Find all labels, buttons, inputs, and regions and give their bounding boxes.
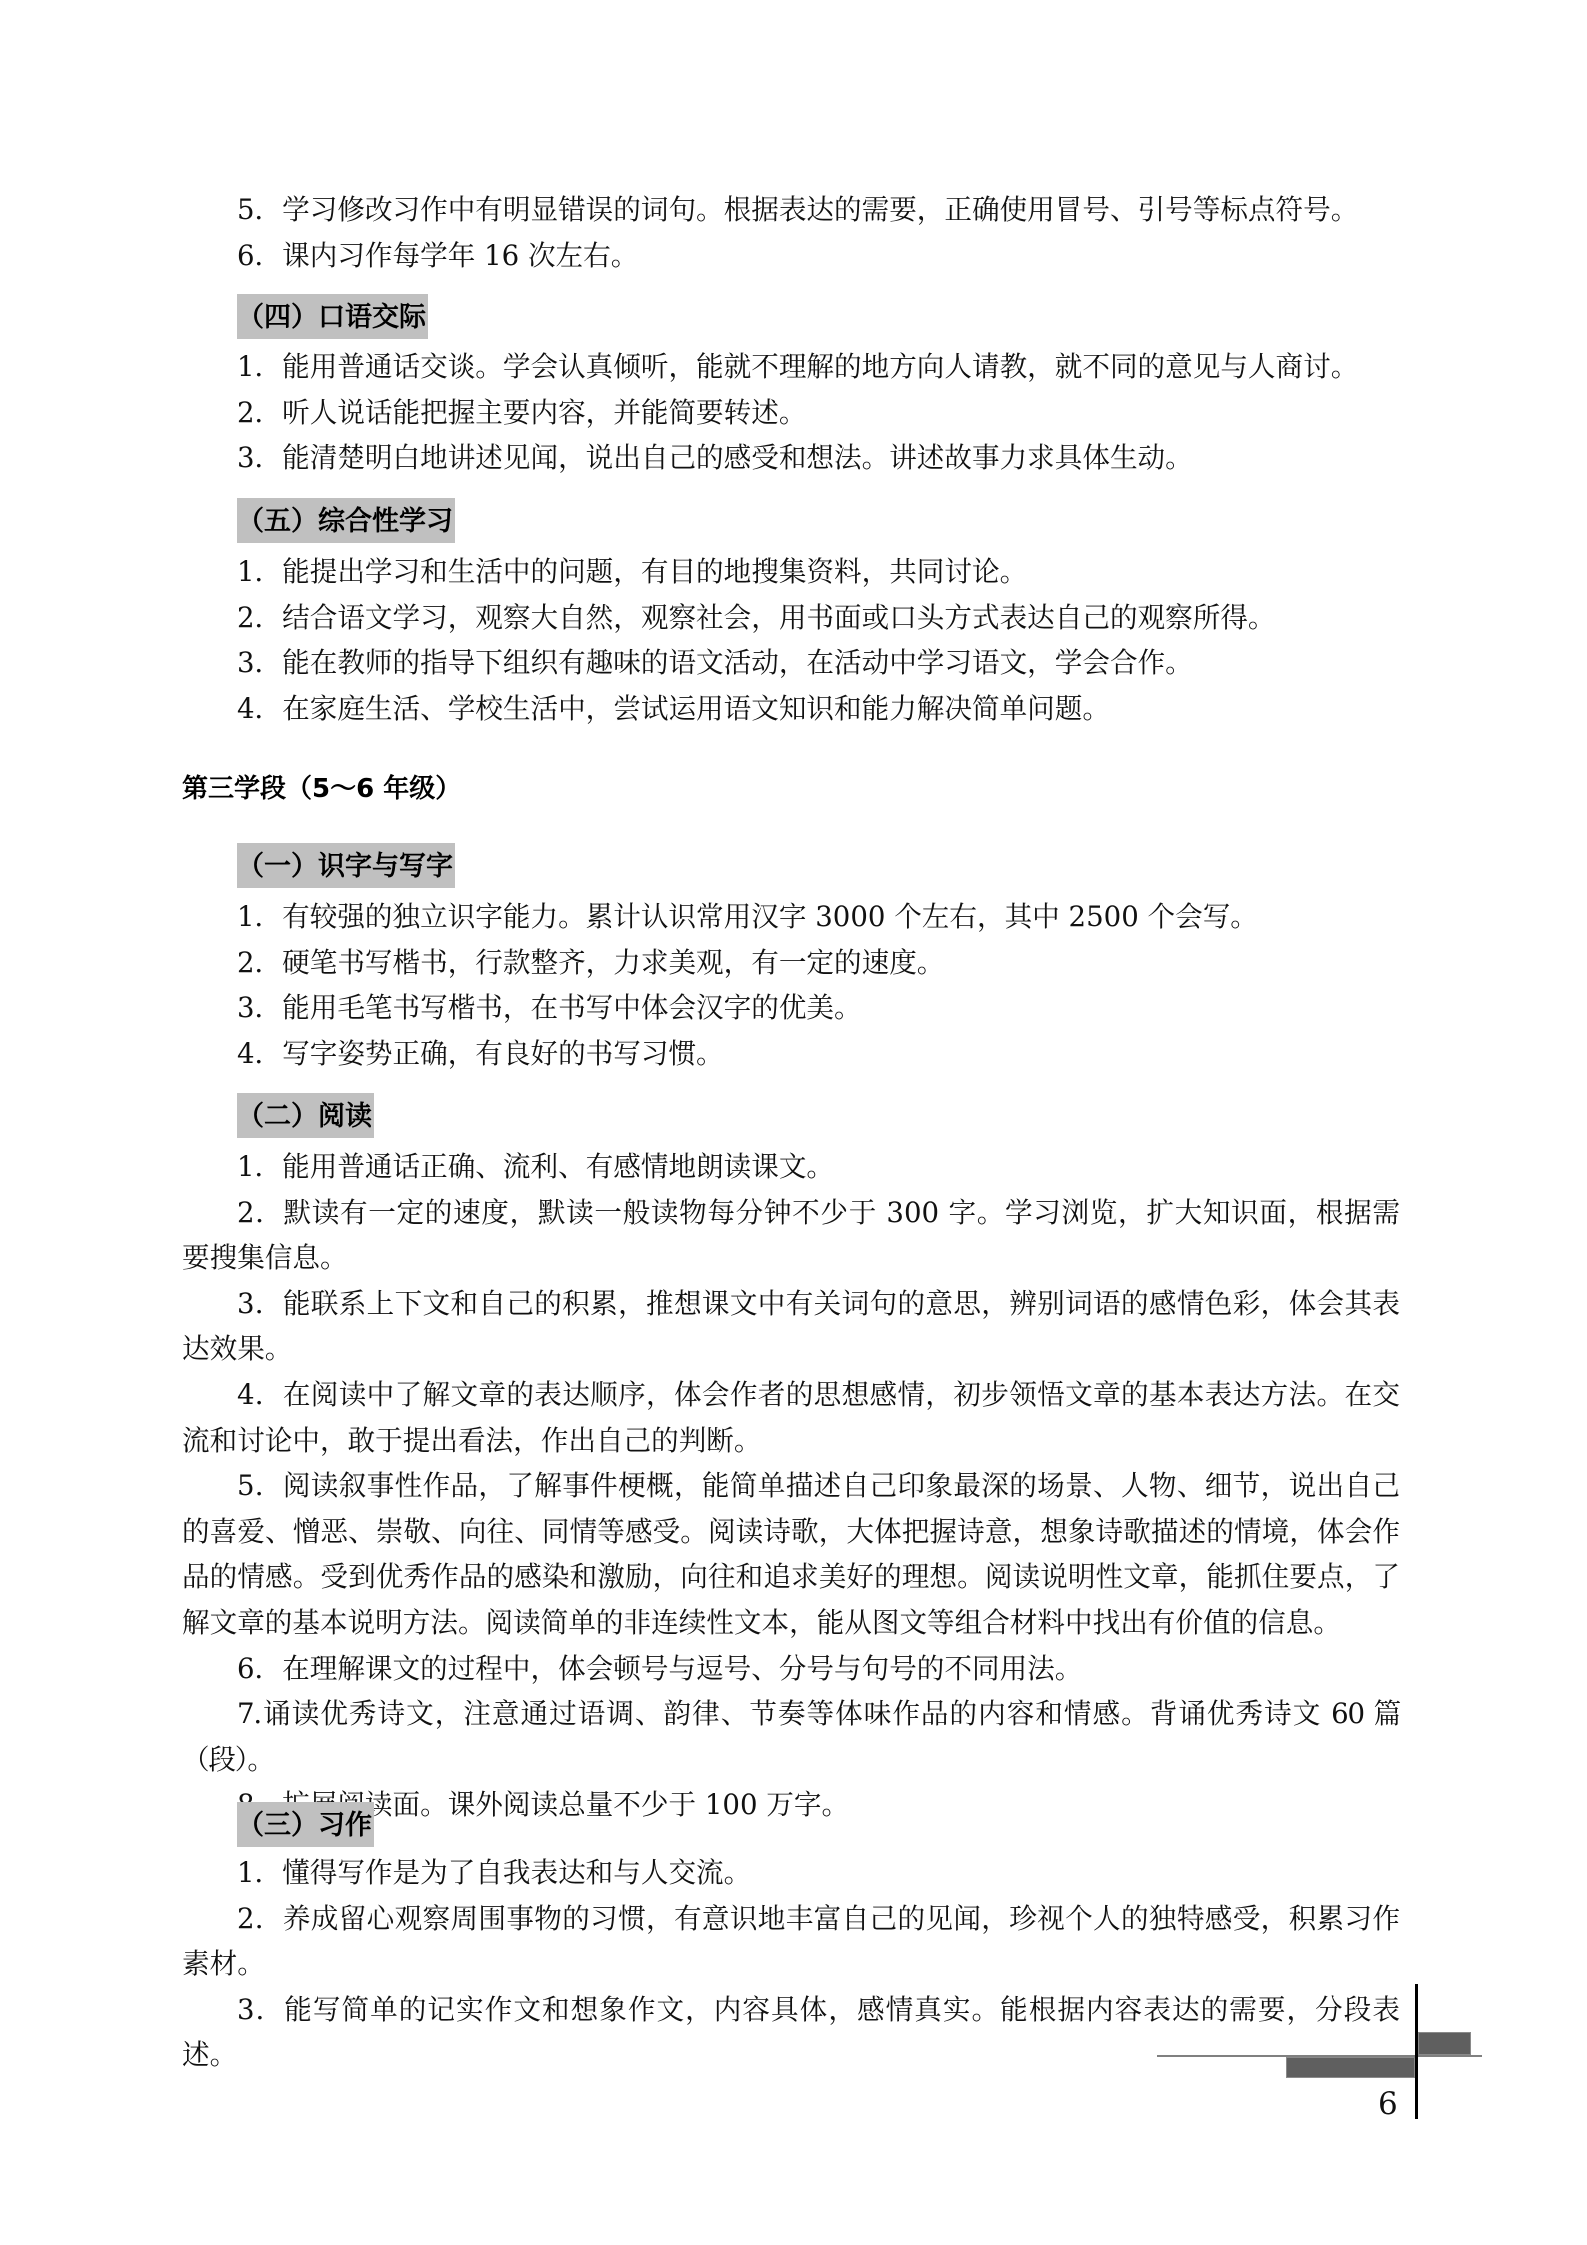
list-item: 3．能清楚明白地讲述见闻，说出自己的感受和想法。讲述故事力求具体生动。 <box>182 435 1400 481</box>
list-item: 2．硬笔书写楷书，行款整齐，力求美观，有一定的速度。 <box>182 940 1400 986</box>
section-heading-oral: （四）口语交际 <box>237 294 428 339</box>
list-item: 4．在家庭生活、学校生活中，尝试运用语文知识和能力解决简单问题。 <box>182 686 1400 732</box>
section-heading-reading: （二）阅读 <box>237 1093 374 1138</box>
list-item: 6．课内习作每学年 16 次左右。 <box>182 233 1400 279</box>
footer-bar-right <box>1418 2032 1471 2055</box>
list-item: 3．能用毛笔书写楷书，在书写中体会汉字的优美。 <box>182 985 1400 1031</box>
footer-vertical-rule <box>1415 1984 1418 2119</box>
oral-items: 1．能用普通话交谈。学会认真倾听，能就不理解的地方向人请教，就不同的意见与人商讨… <box>182 344 1400 481</box>
list-item: 4．写字姿势正确，有良好的书写习惯。 <box>182 1031 1400 1077</box>
section-heading-comprehensive: （五）综合性学习 <box>237 498 455 543</box>
list-item: 6．在理解课文的过程中，体会顿号与逗号、分号与句号的不同用法。 <box>182 1646 1400 1692</box>
list-item: 1．能提出学习和生活中的问题，有目的地搜集资料，共同讨论。 <box>182 549 1400 595</box>
comprehensive-items: 1．能提出学习和生活中的问题，有目的地搜集资料，共同讨论。 2．结合语文学习，观… <box>182 549 1400 731</box>
page-number: 6 <box>1378 2086 1398 2122</box>
list-item: 3．能写简单的记实作文和想象作文，内容具体，感情真实。能根据内容表达的需要，分段… <box>182 1987 1400 2078</box>
list-item: 3．能联系上下文和自己的积累，推想课文中有关词句的意思，辨别词语的感情色彩，体会… <box>182 1281 1400 1372</box>
list-item: 2．默读有一定的速度，默读一般读物每分钟不少于 300 字。学习浏览，扩大知识面… <box>182 1190 1400 1281</box>
section-heading-literacy: （一）识字与写字 <box>237 843 455 888</box>
list-item: 2．养成留心观察周围事物的习惯，有意识地丰富自己的见闻，珍视个人的独特感受，积累… <box>182 1896 1400 1987</box>
list-item: 5．学习修改习作中有明显错误的词句。根据表达的需要，正确使用冒号、引号等标点符号… <box>182 187 1400 233</box>
prev-writing-items: 5．学习修改习作中有明显错误的词句。根据表达的需要，正确使用冒号、引号等标点符号… <box>182 187 1400 278</box>
list-item: 7.诵读优秀诗文，注意通过语调、韵律、节奏等体味作品的内容和情感。背诵优秀诗文 … <box>182 1691 1400 1782</box>
list-item: 2．听人说话能把握主要内容，并能简要转述。 <box>182 390 1400 436</box>
list-item: 2．结合语文学习，观察大自然，观察社会，用书面或口头方式表达自己的观察所得。 <box>182 595 1400 641</box>
list-item: 1．有较强的独立识字能力。累计认识常用汉字 3000 个左右，其中 2500 个… <box>182 894 1400 940</box>
list-item: 3．能在教师的指导下组织有趣味的语文活动，在活动中学习语文，学会合作。 <box>182 640 1400 686</box>
reading-items: 1．能用普通话正确、流利、有感情地朗读课文。 2．默读有一定的速度，默读一般读物… <box>182 1144 1400 1828</box>
footer-bar-left <box>1286 2057 1415 2078</box>
list-item: 5．阅读叙事性作品，了解事件梗概，能简单描述自己印象最深的场景、人物、细节，说出… <box>182 1463 1400 1645</box>
list-item: 1．能用普通话交谈。学会认真倾听，能就不理解的地方向人请教，就不同的意见与人商讨… <box>182 344 1400 390</box>
list-item: 4．在阅读中了解文章的表达顺序，体会作者的思想感情，初步领悟文章的基本表达方法。… <box>182 1372 1400 1463</box>
section-heading-writing: （三）习作 <box>237 1802 374 1847</box>
list-item: 1．能用普通话正确、流利、有感情地朗读课文。 <box>182 1144 1400 1190</box>
stage-title: 第三学段（5～6 年级） <box>182 766 461 812</box>
literacy-items: 1．有较强的独立识字能力。累计认识常用汉字 3000 个左右，其中 2500 个… <box>182 894 1400 1076</box>
writing-items: 1．懂得写作是为了自我表达和与人交流。 2．养成留心观察周围事物的习惯，有意识地… <box>182 1850 1400 2078</box>
list-item: 1．懂得写作是为了自我表达和与人交流。 <box>182 1850 1400 1896</box>
